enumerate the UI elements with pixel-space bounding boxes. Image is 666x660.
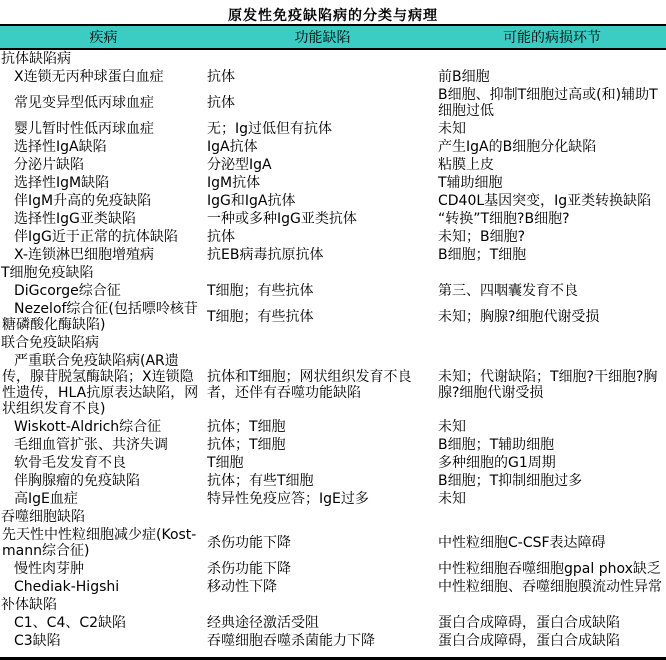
site-cell: 未知 xyxy=(438,418,666,436)
table-row: 伴IgM升高的免疫缺陷 IgG和IgA抗体 CD40L基因突变，Ig亚类转换缺陷 xyxy=(0,192,666,210)
disease-cell: 伴IgM升高的免疫缺陷 xyxy=(0,192,207,210)
defect-cell: 经典途径激活受阻 xyxy=(207,614,438,632)
table-row: 选择性IgG亚类缺陷 一种或多种IgG亚类抗体 “转换”T细胞?B细胞? xyxy=(0,210,666,228)
site-cell: 中性粒细胞、吞噬细胞膜流动性异常 xyxy=(438,578,666,596)
disease-cell: 毛细血管扩张、共济失调 xyxy=(0,436,207,454)
table-row: Nezelof综合征(包括嘌呤核苷糖磷酸化酶缺陷) T细胞；有些抗体 未知；胸腺… xyxy=(0,300,666,334)
disease-cell: 严重联合免疫缺陷病(AR遗传，腺苷脱氢酶缺陷；X连锁隐性遗传，HLA抗原表达缺陷… xyxy=(0,352,207,418)
defect-cell: 抗体；T细胞 xyxy=(207,436,438,454)
defect-cell: IgM抗体 xyxy=(207,174,438,192)
disease-cell: 分泌片缺陷 xyxy=(0,156,207,174)
site-cell: 未知；代谢缺陷；T细胞?干细胞?胸腺?细胞代谢受损 xyxy=(438,352,666,418)
defect-cell: T细胞；有些抗体 xyxy=(207,282,438,300)
table-row: 慢性肉芽肿 杀伤功能下降 中性粒细胞吞噬细胞gpal phox缺乏 xyxy=(0,560,666,578)
table-row: 选择性IgA缺陷 IgA抗体 产生IgA的B细胞分化缺陷 xyxy=(0,138,666,156)
table-row: X连锁无丙种球蛋白血症 抗体 前B细胞 xyxy=(0,68,666,86)
disease-cell: 婴儿暂时性低丙球血症 xyxy=(0,120,207,138)
table-row: 选择性IgM缺陷 IgM抗体 T辅助细胞 xyxy=(0,174,666,192)
site-cell: “转换”T细胞?B细胞? xyxy=(438,210,666,228)
site-cell: 未知；胸腺?细胞代谢受损 xyxy=(438,300,666,334)
table-row: C3缺陷 吞噬细胞吞噬杀菌能力下降 蛋白合成障碍，蛋白合成缺陷 xyxy=(0,632,666,650)
disease-cell: Chediak-Higshi xyxy=(0,578,207,596)
site-cell: B细胞；T辅助细胞 xyxy=(438,436,666,454)
site-cell: B细胞、抑制T细胞过高或(和)辅助T细胞过低 xyxy=(438,86,666,120)
defect-cell: 分泌型IgA xyxy=(207,156,438,174)
column-header-defect: 功能缺陷 xyxy=(207,25,438,49)
defect-cell: 杀伤功能下降 xyxy=(207,560,438,578)
page-title: 原发性免疫缺陷病的分类与病理 xyxy=(0,0,666,24)
defect-cell: 移动性下降 xyxy=(207,578,438,596)
site-cell: 蛋白合成障碍，蛋白合成缺陷 xyxy=(438,614,666,632)
site-cell: 第三、四咽囊发育不良 xyxy=(438,282,666,300)
section-title-cell: 补体缺陷 xyxy=(0,596,666,614)
disease-cell: 选择性IgG亚类缺陷 xyxy=(0,210,207,228)
defect-cell: IgG和IgA抗体 xyxy=(207,192,438,210)
site-cell: 中性粒细胞C-CSF表达障碍 xyxy=(438,526,666,560)
site-cell: 未知 xyxy=(438,120,666,138)
site-cell: 未知；B细胞? xyxy=(438,228,666,246)
disease-cell: C3缺陷 xyxy=(0,632,207,650)
table-row: 毛细血管扩张、共济失调 抗体；T细胞 B细胞；T辅助细胞 xyxy=(0,436,666,454)
table-header: 疾病 功能缺陷 可能的病损环节 xyxy=(0,25,666,49)
disease-cell: 慢性肉芽肿 xyxy=(0,560,207,578)
site-cell: 蛋白合成障碍，蛋白合成缺陷 xyxy=(438,632,666,650)
table-row: 分泌片缺陷 分泌型IgA 粘膜上皮 xyxy=(0,156,666,174)
disease-cell: C1、C4、C2缺陷 xyxy=(0,614,207,632)
defect-cell: 吞噬细胞吞噬杀菌能力下降 xyxy=(207,632,438,650)
defect-cell: 抗体 xyxy=(207,86,438,120)
disease-cell: 高IgE血症 xyxy=(0,490,207,508)
disease-cell: DiGcorge综合征 xyxy=(0,282,207,300)
section-title-cell: 抗体缺陷病 xyxy=(0,49,666,68)
defect-cell: 杀伤功能下降 xyxy=(207,526,438,560)
header-row: 疾病 功能缺陷 可能的病损环节 xyxy=(0,25,666,49)
site-cell: B细胞；T抑制细胞过多 xyxy=(438,472,666,490)
disease-cell: X-连锁淋巴细胞增殖病 xyxy=(0,246,207,264)
table-row: Wiskott-Aldrich综合征 抗体；T细胞 未知 xyxy=(0,418,666,436)
site-cell: B细胞；T细胞 xyxy=(438,246,666,264)
disease-cell: Wiskott-Aldrich综合征 xyxy=(0,418,207,436)
defect-cell: 一种或多种IgG亚类抗体 xyxy=(207,210,438,228)
classification-table: 疾病 功能缺陷 可能的病损环节 抗体缺陷病 X连锁无丙种球蛋白血症 抗体 前B细… xyxy=(0,24,666,650)
section-title-cell: T细胞免疫缺陷 xyxy=(0,264,666,282)
section-row: T细胞免疫缺陷 xyxy=(0,264,666,282)
disease-cell: Nezelof综合征(包括嘌呤核苷糖磷酸化酶缺陷) xyxy=(0,300,207,334)
site-cell: 未知 xyxy=(438,490,666,508)
disease-cell: 选择性IgA缺陷 xyxy=(0,138,207,156)
defect-cell: T细胞；有些抗体 xyxy=(207,300,438,334)
section-row: 联合免疫缺陷病 xyxy=(0,334,666,352)
site-cell: T辅助细胞 xyxy=(438,174,666,192)
disease-cell: 选择性IgM缺陷 xyxy=(0,174,207,192)
site-cell: 产生IgA的B细胞分化缺陷 xyxy=(438,138,666,156)
site-cell: 中性粒细胞吞噬细胞gpal phox缺乏 xyxy=(438,560,666,578)
table-row: X-连锁淋巴细胞增殖病 抗EB病毒抗原抗体 B细胞；T细胞 xyxy=(0,246,666,264)
table-row: C1、C4、C2缺陷 经典途径激活受阻 蛋白合成障碍，蛋白合成缺陷 xyxy=(0,614,666,632)
site-cell: CD40L基因突变，Ig亚类转换缺陷 xyxy=(438,192,666,210)
defect-cell: 抗体 xyxy=(207,68,438,86)
page: 原发性免疫缺陷病的分类与病理 疾病 功能缺陷 可能的病损环节 抗体缺陷病 X连锁… xyxy=(0,0,666,660)
table-row: 严重联合免疫缺陷病(AR遗传，腺苷脱氢酶缺陷；X连锁隐性遗传，HLA抗原表达缺陷… xyxy=(0,352,666,418)
site-cell: 前B细胞 xyxy=(438,68,666,86)
defect-cell: T细胞 xyxy=(207,454,438,472)
disease-cell: 常见变异型低丙球血症 xyxy=(0,86,207,120)
disease-cell: 先天性中性粒细胞减少症(Kost-mann综合征) xyxy=(0,526,207,560)
table-body: 抗体缺陷病 X连锁无丙种球蛋白血症 抗体 前B细胞 常见变异型低丙球血症 抗体 … xyxy=(0,49,666,650)
site-cell: 粘膜上皮 xyxy=(438,156,666,174)
defect-cell: 特异性免疫应答；IgE过多 xyxy=(207,490,438,508)
table-row: 先天性中性粒细胞减少症(Kost-mann综合征) 杀伤功能下降 中性粒细胞C-… xyxy=(0,526,666,560)
section-row: 抗体缺陷病 xyxy=(0,49,666,68)
section-title-cell: 联合免疫缺陷病 xyxy=(0,334,666,352)
defect-cell: IgA抗体 xyxy=(207,138,438,156)
column-header-disease: 疾病 xyxy=(0,25,207,49)
table-row: 婴儿暂时性低丙球血症 无；Ig过低但有抗体 未知 xyxy=(0,120,666,138)
defect-cell: 抗体；有些T细胞 xyxy=(207,472,438,490)
site-cell: 多种细胞的G1周期 xyxy=(438,454,666,472)
table-row: Chediak-Higshi 移动性下降 中性粒细胞、吞噬细胞膜流动性异常 xyxy=(0,578,666,596)
table-row: 伴胸腺瘤的免疫缺陷 抗体；有些T细胞 B细胞；T抑制细胞过多 xyxy=(0,472,666,490)
disease-cell: X连锁无丙种球蛋白血症 xyxy=(0,68,207,86)
table-row: 软骨毛发发育不良 T细胞 多种细胞的G1周期 xyxy=(0,454,666,472)
defect-cell: 抗体；T细胞 xyxy=(207,418,438,436)
table-row: 伴IgG近于正常的抗体缺陷 抗体 未知；B细胞? xyxy=(0,228,666,246)
column-header-site: 可能的病损环节 xyxy=(438,25,666,49)
disease-cell: 伴IgG近于正常的抗体缺陷 xyxy=(0,228,207,246)
section-title-cell: 吞噬细胞缺陷 xyxy=(0,508,666,526)
table-row: DiGcorge综合征 T细胞；有些抗体 第三、四咽囊发育不良 xyxy=(0,282,666,300)
defect-cell: 抗体和T细胞；网状组织发育不良者，还伴有吞噬功能缺陷 xyxy=(207,352,438,418)
section-row: 吞噬细胞缺陷 xyxy=(0,508,666,526)
section-row: 补体缺陷 xyxy=(0,596,666,614)
table-row: 高IgE血症 特异性免疫应答；IgE过多 未知 xyxy=(0,490,666,508)
table-row: 常见变异型低丙球血症 抗体 B细胞、抑制T细胞过高或(和)辅助T细胞过低 xyxy=(0,86,666,120)
defect-cell: 抗EB病毒抗原抗体 xyxy=(207,246,438,264)
defect-cell: 无；Ig过低但有抗体 xyxy=(207,120,438,138)
disease-cell: 软骨毛发发育不良 xyxy=(0,454,207,472)
defect-cell: 抗体 xyxy=(207,228,438,246)
disease-cell: 伴胸腺瘤的免疫缺陷 xyxy=(0,472,207,490)
